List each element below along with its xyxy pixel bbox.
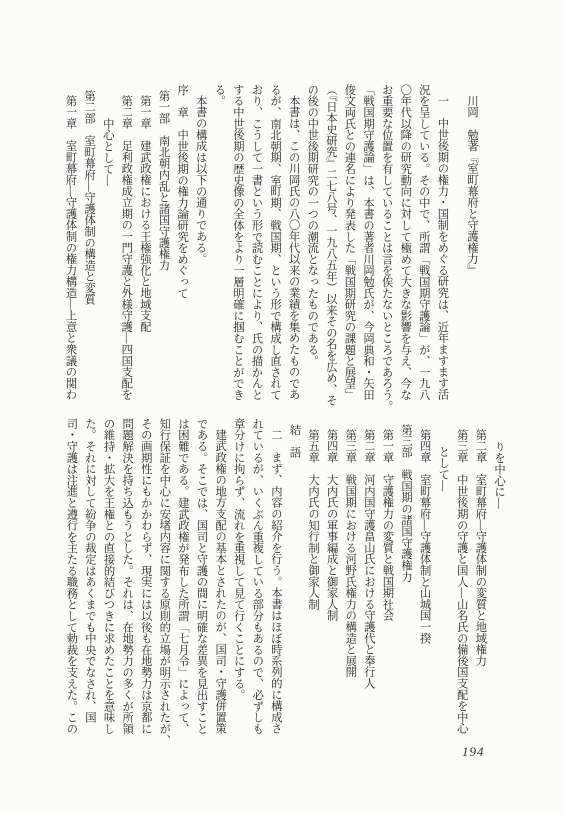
text-column: 第二章 室町幕府―守護体制の変質と地域権力: [471, 418, 490, 742]
text-column: 第三章 中世後期の守護と国人―山名氏の備後国支配を中心: [452, 418, 471, 742]
text-column: 建武政権の地方支配の基本とされたのが、国司・守護併置策: [211, 418, 230, 742]
text-column: 第二章 河内国守護畠山氏における守護代と奉行人: [359, 418, 378, 742]
text-column: 章分けに拘らず、流れを重視して見て行くことにする。: [229, 418, 248, 742]
text-column: として―: [434, 418, 453, 742]
text-column: 第二章 足利政権成立期の一門守護と外様守護―四国支配を: [117, 84, 136, 408]
bottom-text-band: りを中心に―第二章 室町幕府―守護体制の変質と地域権力第三章 中世後期の守護と国…: [62, 418, 508, 742]
text-column: 況を呈している。その中で、所謂「戦国期守護論」が、一九八: [414, 84, 433, 408]
text-column: その画期性にもかかわらず、現実には以後も在地勢力は京都に: [136, 418, 155, 742]
text-column: る。: [210, 84, 229, 408]
text-column: 本書の構成は以下の通りである。: [191, 84, 210, 408]
text-column: 知行保証を中心に安堵内容に関する原則的立場が明示されたが、: [155, 418, 174, 742]
text-column: 二 まず、内容の紹介を行う。本書はほぼ時系列的に構成さ: [266, 418, 285, 742]
text-column: 第一部 南北朝内乱と諸国守護権力: [154, 84, 173, 408]
text-column: 「戦国期守護論」は、本書の著者川岡勉氏が、今岡典和・矢田: [358, 84, 377, 408]
text-column: の維持・拡大を王権との直接的結びつきに求めたことを意味し: [99, 418, 118, 742]
text-column: 第三章 戦国期における河野氏権力の構造と展開: [341, 418, 360, 742]
text-column: （『日本史研究』二七八号、一九八五年）以来その名を広め、そ: [321, 84, 340, 408]
text-column: 第五章 大内氏の知行制と御家人制: [303, 418, 322, 742]
text-column: 第四章 室町幕府―守護体制と山城国一揆: [415, 418, 434, 742]
text-column: である。そこでは、国司と守護の間に明確な差異を見出すこと: [192, 418, 211, 742]
text-column: の後の中世後期研究の一つの潮流となったものである。: [303, 84, 322, 408]
text-column: 本書は、この川岡氏の八〇年代以来の業績を集めたものであ: [284, 84, 303, 408]
top-text-band: 川岡 勉著『室町幕府と守護権力』 一 中世後期の権力・国制をめぐる研究は、近年ま…: [61, 84, 481, 408]
text-column: 第四章 大内氏の軍事編成と御家人制: [322, 418, 341, 742]
text-column: 〇年代以降の研究動向に対して極めて大きな影響を与え、今な: [396, 84, 415, 408]
text-column: 第三部 戦国期の諸国守護権力: [396, 418, 415, 742]
scanned-book-review-page: 川岡 勉著『室町幕府と守護権力』 一 中世後期の権力・国制をめぐる研究は、近年ま…: [0, 0, 564, 813]
text-column: は困難である。建武政権が発布した所謂「七月令」によって、: [173, 418, 192, 742]
text-column: 第一章 守護権力の変質と戦国期社会: [378, 418, 397, 742]
text-column: 第二部 室町幕府―守護体制の構造と変質: [80, 84, 99, 408]
text-column: りを中心に―: [489, 418, 508, 742]
text-column: する中世後期の歴史像の全体をより一層明確に掴むことができ: [228, 84, 247, 408]
text-column: 問題解決を持ち込もうとした。それは、在地勢力の多くが所領: [118, 418, 137, 742]
text-column: た。それに対して紛争の裁定はあくまでも中央でなされ、国: [80, 418, 99, 742]
text-column: 結 語: [285, 418, 304, 742]
text-column: 俊文両氏との連名により発表した「戦国期研究の課題と展望」: [340, 84, 359, 408]
text-column: れているが、いくぶん重複している部分もあるので、必ずしも: [248, 418, 267, 742]
text-column: 中心として―: [98, 84, 117, 408]
text-column: おり、こうして一書という形で読むことにより、氏の描かんと: [247, 84, 266, 408]
text-column: 序 章 中世後期の権力論研究をめぐって: [173, 84, 192, 408]
book-review-title: 川岡 勉著『室町幕府と守護権力』: [462, 84, 481, 408]
text-column: 第一章 室町幕府―守護体制の権力構造―上意と衆議の関わ: [61, 84, 80, 408]
text-column: 司・守護は注進と遵行を主たる職務として勅裁を支えた。この: [62, 418, 81, 742]
text-column: お重要な位置を有していることは言を俟たないところであろう。: [377, 84, 396, 408]
text-column: 一 中世後期の権力・国制をめぐる研究は、近年ますます活: [433, 84, 452, 408]
text-column: るが、南北朝期、室町期、戦国期、という形で構成し直されて: [265, 84, 284, 408]
text-column: 第一章 建武政権における王権強化と地域支配: [135, 84, 154, 408]
page-number: 194: [462, 744, 485, 760]
